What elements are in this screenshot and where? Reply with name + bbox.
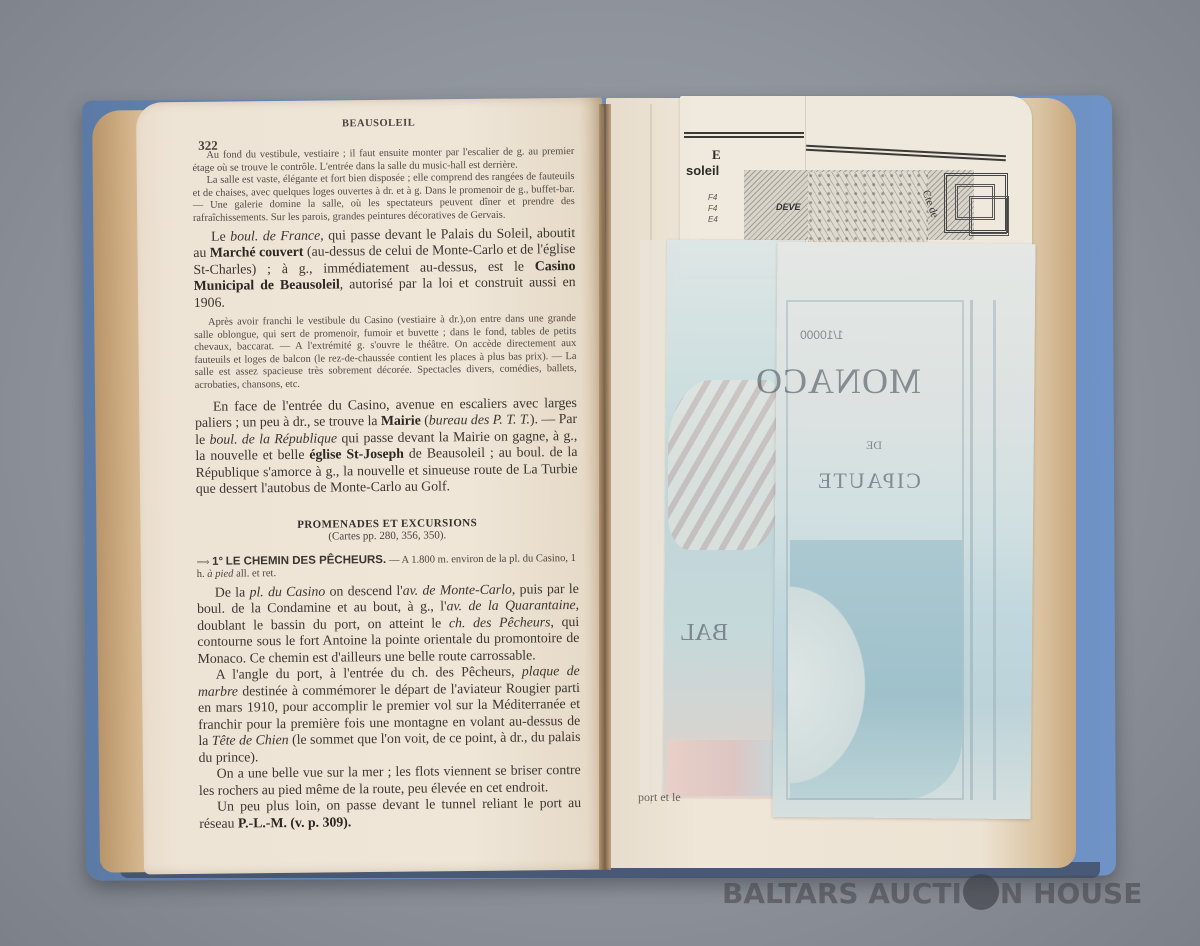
mirrored-map-scale: 1/10000 — [800, 328, 843, 342]
watermark-logo-icon — [963, 874, 999, 910]
map-place-label: soleil — [686, 163, 719, 178]
paragraph-vue: On a une belle vue sur la mer ; les flot… — [199, 762, 581, 799]
left-page-text: 322 BEAUSOLEIL Au fond du vestibule, ves… — [192, 124, 581, 832]
glassine-map-shoreline — [668, 380, 778, 550]
running-title: BEAUSOLEIL — [342, 118, 415, 130]
mirrored-map-de: DE — [866, 438, 882, 453]
mirrored-map-subtitle: CIPAUTE — [816, 468, 921, 494]
map-column-letter: E — [712, 147, 721, 163]
glassine-map-pink-area — [668, 740, 778, 796]
mirrored-map-fragment: BAL — [680, 620, 728, 647]
paragraph-casino-interior: Après avoir franchi le vestibule du Casi… — [194, 313, 577, 393]
right-page-underlying-text: port et le — [638, 790, 681, 805]
section-subtitle: (Cartes pp. 280, 356, 350). — [196, 528, 578, 544]
book-gutter — [599, 104, 611, 870]
map-grid-refs: F4 F4 E4 — [708, 192, 718, 225]
photo-scene: 322 BEAUSOLEIL Au fond du vestibule, ves… — [0, 0, 1200, 946]
paragraph-boul-france: Le boul. de France, qui passe devant le … — [193, 225, 576, 311]
paragraph-route: De la pl. du Casino on descend l'av. de … — [197, 581, 580, 667]
walk-symbol-icon: ⟹ — [196, 557, 209, 567]
map-frame-line — [684, 132, 804, 138]
auction-house-watermark: BALTARS AUCTIN HOUSE — [722, 874, 1142, 910]
page-number: 322 — [198, 138, 218, 154]
map-border-ornament — [944, 173, 1008, 233]
running-head: 322 BEAUSOLEIL — [192, 124, 574, 150]
excursion-heading: ⟹ 1° LE CHEMIN DES PÊCHEURS. — A 1.800 m… — [196, 552, 578, 582]
paragraph-salle: La salle est vaste, élégante et fort bie… — [192, 171, 575, 225]
paragraph-plaque: A l'angle du port, à l'entrée du ch. des… — [198, 663, 581, 766]
paragraph-tunnel: Un peu plus loin, on passe devant le tun… — [199, 795, 581, 832]
map-terrain-dots — [808, 172, 928, 242]
mirrored-map-title: MONACO — [755, 360, 921, 402]
glassine-map-frame-edge — [970, 300, 996, 800]
paragraph-en-face: En face de l'entrée du Casino, avenue en… — [195, 395, 578, 498]
map-terrain-label: DEVE — [776, 202, 801, 212]
